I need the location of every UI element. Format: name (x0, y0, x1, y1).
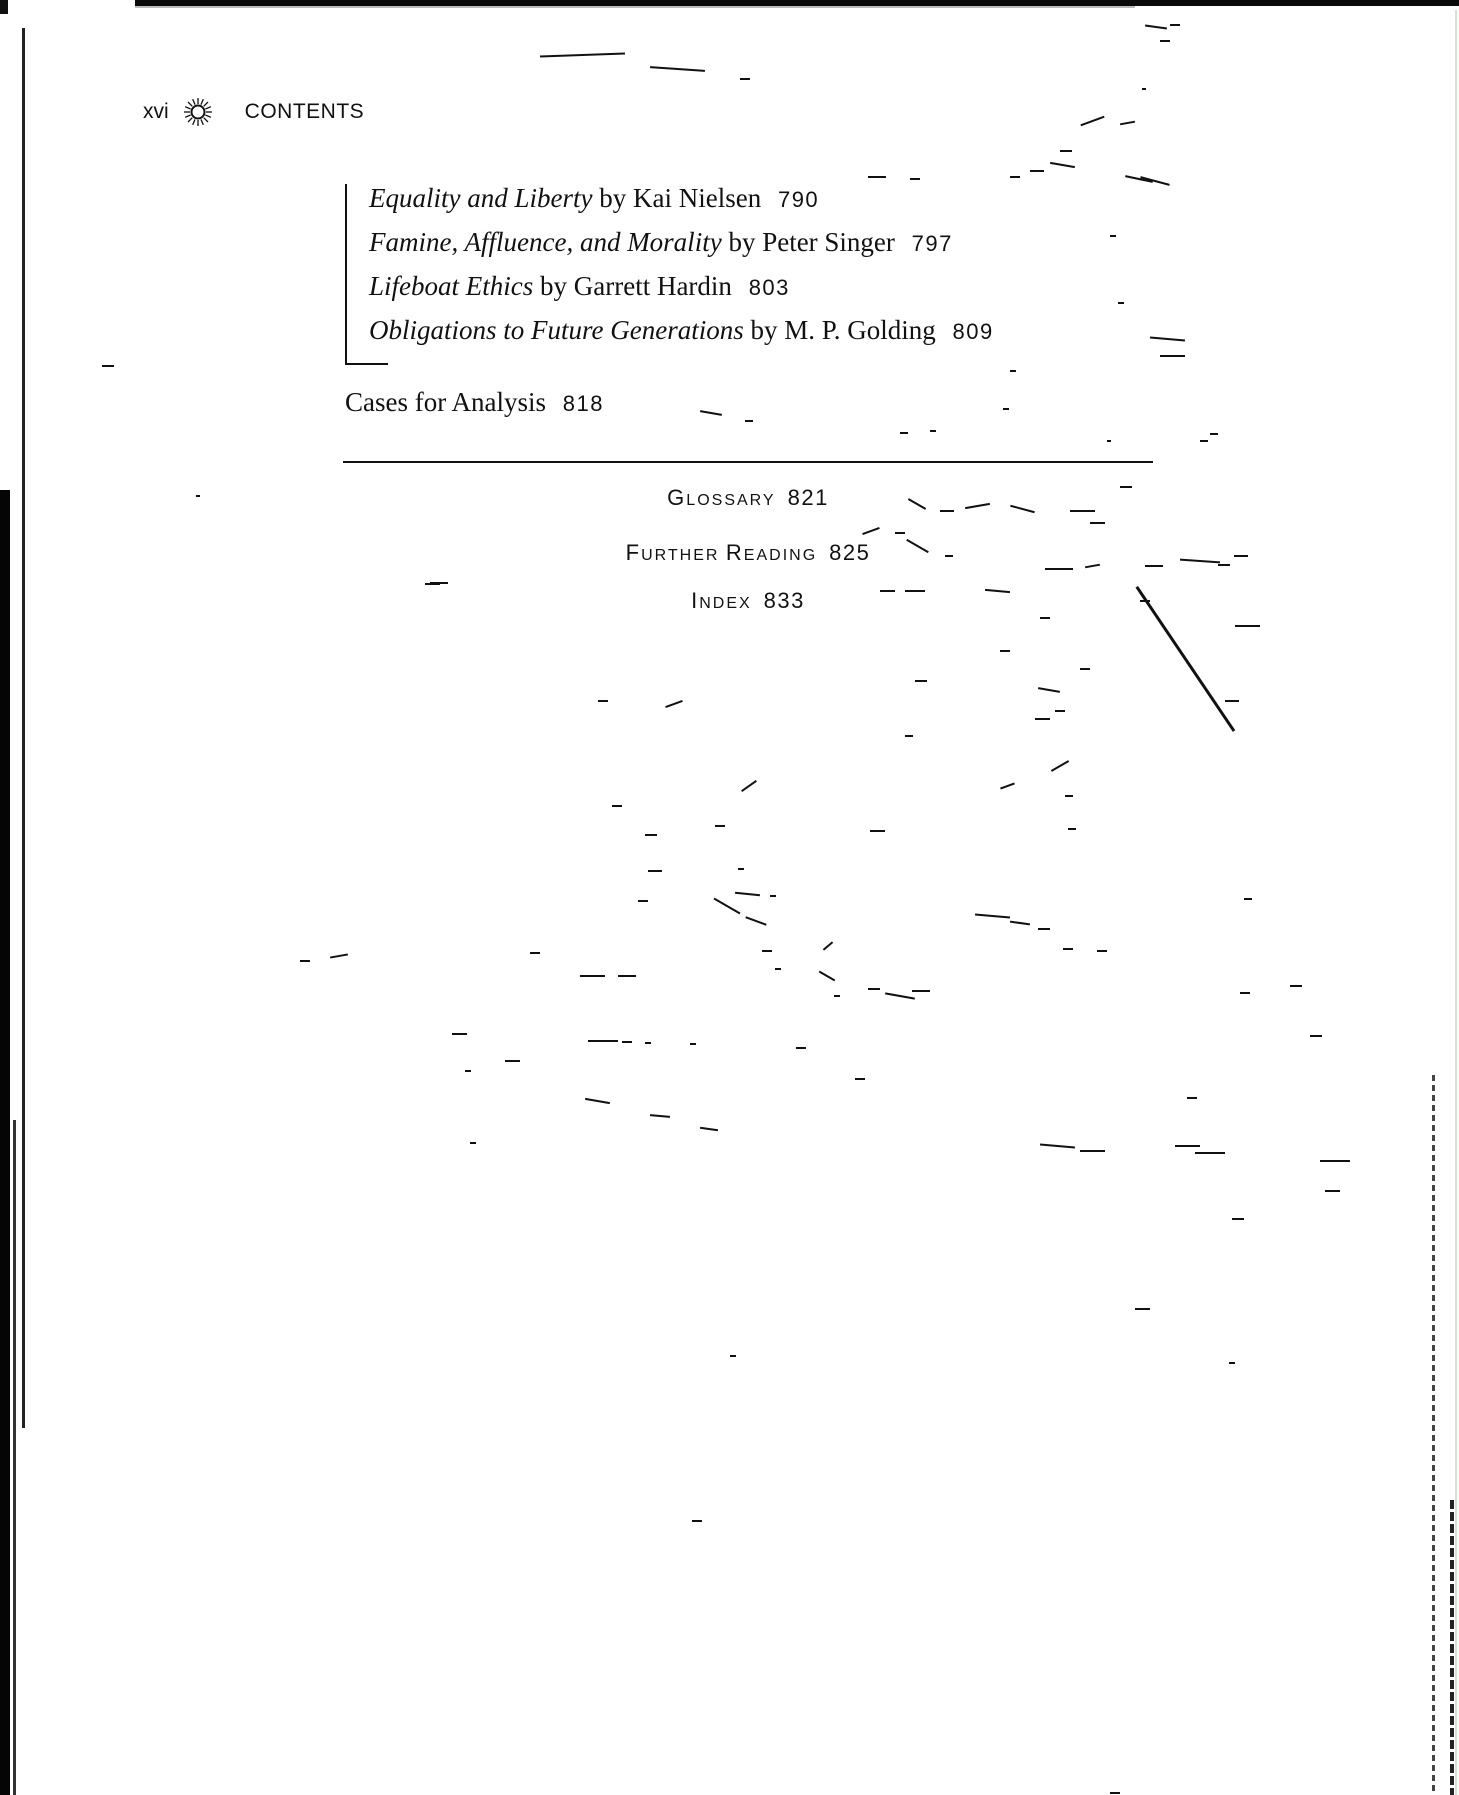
scan-speck (430, 582, 448, 584)
scan-speck (1310, 1035, 1322, 1037)
scan-speck (1225, 700, 1239, 702)
scan-speck (895, 532, 905, 534)
entry-page: 825 (829, 540, 870, 565)
scan-speck (1200, 440, 1208, 442)
scan-speck (823, 941, 833, 950)
scan-speck (665, 700, 683, 708)
scan-speck (1035, 718, 1050, 720)
scan-speck (1135, 1308, 1150, 1310)
toc-entry-glossary[interactable]: Glossary821 (343, 480, 1153, 535)
scan-speck (1107, 440, 1111, 442)
scan-speck (855, 1078, 865, 1080)
scan-speck (1234, 555, 1248, 557)
entry-page: 821 (788, 485, 829, 510)
scan-speck (692, 1520, 702, 1522)
scan-speck (735, 892, 760, 897)
entry-page: 818 (563, 391, 604, 416)
scan-speck (196, 495, 200, 497)
scan-speck (1063, 948, 1073, 950)
scan-speck (645, 834, 657, 836)
scan-speck (580, 975, 605, 977)
scan-speck (690, 1043, 696, 1045)
readings-bracket (345, 184, 347, 365)
scan-corner (0, 0, 8, 14)
scan-speck (745, 420, 753, 422)
scan-speck (819, 971, 836, 982)
scan-speck (700, 1127, 718, 1131)
readings-list: Equality and Liberty by Kai Nielsen 790 … (369, 180, 994, 356)
toc-entry-cases[interactable]: Cases for Analysis 818 (345, 384, 604, 422)
scan-speck (740, 78, 750, 80)
entry-byline: by Peter Singer (728, 227, 894, 257)
scan-speck (868, 176, 886, 178)
scan-speck (1045, 568, 1073, 570)
scan-speck (638, 900, 648, 902)
scan-speck (1290, 985, 1302, 987)
scan-speck (645, 1042, 651, 1044)
scan-speck (1038, 928, 1050, 930)
scan-speck (540, 53, 625, 58)
entry-page: 833 (764, 588, 805, 613)
scan-speck (1040, 617, 1050, 619)
scan-speck (585, 1098, 610, 1104)
scan-speck (1175, 1145, 1200, 1147)
scan-speck (1060, 150, 1072, 152)
scan-speck (618, 975, 636, 977)
scan-speck (868, 988, 880, 990)
scan-speck (1090, 522, 1105, 524)
scan-speck (1050, 162, 1075, 168)
scan-speck (741, 780, 757, 792)
scan-speck (1038, 687, 1060, 693)
scan-speck (1030, 170, 1044, 172)
scan-speck (770, 895, 776, 897)
scan-speck (1244, 898, 1252, 900)
scan-edge-left (0, 490, 10, 1795)
entry-title: Equality and Liberty (369, 183, 592, 213)
scan-speck (1325, 1190, 1340, 1192)
scan-edge-left-inner (13, 1120, 16, 1795)
scan-speck (1187, 1097, 1197, 1099)
scan-speck (612, 805, 622, 807)
scan-speck (102, 365, 114, 367)
scan-speck (1180, 559, 1220, 564)
scan-speck (975, 913, 1010, 918)
scan-speck (1010, 921, 1030, 926)
scan-speck (915, 680, 927, 682)
scan-speck (1120, 121, 1135, 126)
scan-speck (940, 510, 954, 512)
scan-speck (1235, 625, 1260, 627)
entry-byline: by Garrett Hardin (540, 271, 732, 301)
section-divider (343, 461, 1153, 463)
scan-speck (330, 953, 348, 958)
running-head: xvi CONTENTS (143, 98, 364, 126)
scan-speck (1080, 116, 1104, 126)
scan-speck (1240, 992, 1250, 994)
scan-speck (1232, 1218, 1244, 1220)
scan-speck (300, 960, 310, 962)
scan-edge-left-line (22, 28, 25, 1428)
scan-speck (1055, 710, 1065, 712)
scan-speck (588, 1040, 618, 1042)
scan-speck (775, 968, 781, 970)
scan-speck (1118, 302, 1124, 304)
scan-speck (1195, 1152, 1225, 1154)
scan-speck (1010, 176, 1020, 178)
scan-speck (1160, 355, 1185, 357)
entry-title: Cases for Analysis (345, 387, 546, 417)
entry-byline: by Kai Nielsen (599, 183, 761, 213)
scan-speck (762, 950, 772, 952)
scan-speck (505, 1060, 520, 1062)
scan-speck (715, 825, 725, 827)
entry-page: 809 (953, 319, 994, 344)
entry-byline: by M. P. Golding (750, 315, 935, 345)
entry-page: 790 (778, 187, 819, 212)
entry-page: 803 (749, 275, 790, 300)
entry-title: Lifeboat Ethics (369, 271, 533, 301)
scan-noise-right-2 (1450, 1500, 1454, 1795)
scan-speck (796, 1047, 806, 1049)
scan-speck (870, 830, 885, 832)
section-title: CONTENTS (245, 100, 365, 124)
scan-speck (745, 916, 766, 925)
scan-edge-top-fade (135, 6, 1135, 8)
scan-speck (714, 898, 741, 915)
entry-page: 797 (912, 231, 953, 256)
scan-speck (1003, 408, 1009, 410)
toc-entry[interactable]: Lifeboat Ethics by Garrett Hardin 803 (369, 268, 994, 312)
toc-entry-further-reading[interactable]: Further Reading825 (343, 535, 1153, 583)
scan-speck (1097, 950, 1107, 952)
scan-speck (1080, 668, 1090, 670)
scan-speck (452, 1033, 467, 1035)
scan-speck (1010, 370, 1016, 372)
scan-speck (1140, 600, 1150, 602)
scan-speck (470, 1142, 476, 1144)
toc-entry-index[interactable]: Index833 (343, 583, 1153, 623)
scan-speck (700, 410, 722, 416)
scan-speck (885, 992, 915, 999)
scan-speck (1218, 564, 1230, 566)
scan-speck (1000, 650, 1010, 652)
scan-speck (1051, 760, 1069, 772)
entry-title: Famine, Affluence, and Morality (369, 227, 722, 257)
scan-speck (910, 178, 920, 180)
scan-speck (738, 868, 744, 870)
scan-speck (650, 66, 705, 72)
scan-speck (1040, 1143, 1075, 1148)
scan-speck (834, 995, 840, 997)
scan-speck (730, 1355, 736, 1357)
sun-ornament-icon (183, 97, 213, 127)
scan-speck (622, 1041, 632, 1043)
scan-speck (598, 700, 608, 702)
scan-speck (1210, 433, 1218, 435)
scan-speck (1170, 24, 1180, 26)
scan-noise-right (1432, 1075, 1435, 1795)
scan-speck (1065, 795, 1073, 797)
scan-speck (1110, 1792, 1120, 1794)
toc-entry[interactable]: Obligations to Future Generations by M. … (369, 312, 994, 356)
scan-speck (900, 432, 908, 434)
scan-edge-right (1455, 10, 1457, 1795)
scan-speck (1068, 828, 1076, 830)
scan-speck (1150, 336, 1185, 341)
scan-speck (1142, 88, 1146, 90)
entry-title: Obligations to Future Generations (369, 315, 744, 345)
scan-speck (1229, 1362, 1235, 1364)
scan-speck (465, 1070, 471, 1072)
scan-speck (1120, 486, 1132, 488)
scan-speck (912, 990, 930, 992)
scan-speck (1145, 24, 1167, 29)
scan-speck (945, 555, 953, 557)
scan-speck (1070, 510, 1095, 512)
toc-entry[interactable]: Equality and Liberty by Kai Nielsen 790 (369, 180, 994, 224)
scan-speck (1145, 565, 1163, 567)
scan-speck (1110, 235, 1116, 237)
scan-speck (905, 590, 925, 592)
scan-speck (530, 952, 540, 954)
page-number: xvi (143, 100, 169, 124)
scan-speck (1320, 1160, 1350, 1162)
scan-speck (1080, 1150, 1105, 1152)
scan-speck (648, 870, 662, 872)
scan-speck (905, 735, 913, 737)
toc-entry[interactable]: Famine, Affluence, and Morality by Peter… (369, 224, 994, 268)
scan-speck (1000, 782, 1015, 789)
scan-speck (880, 590, 895, 592)
readings-bracket-foot (345, 363, 388, 365)
scan-speck (930, 430, 936, 432)
scan-noise-stroke (1136, 586, 1236, 732)
scan-speck (1160, 40, 1170, 42)
backmatter-list: Glossary821 Further Reading825 Index833 (343, 480, 1153, 623)
scan-speck (650, 1114, 670, 1118)
